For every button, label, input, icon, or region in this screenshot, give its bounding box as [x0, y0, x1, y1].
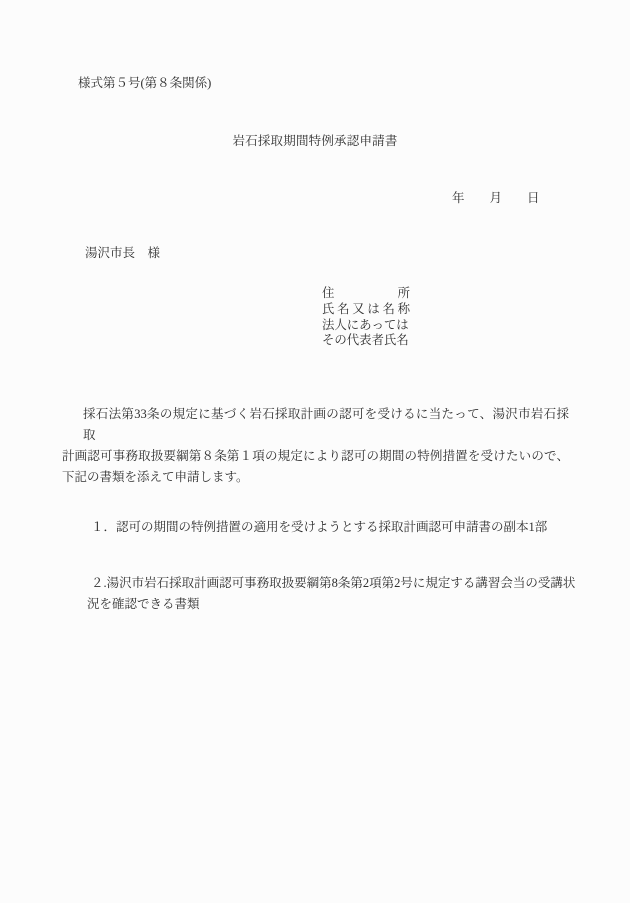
body-paragraph-line-3: 下記の書類を添えて申請します。 — [62, 467, 569, 488]
body-paragraph-line-1: 採石法第33条の規定に基づく岩石採取計画の認可を受けるに当たって、湯沢市岩石採取 — [62, 404, 569, 446]
attachment-item-2-line-1: ２.湯沢市岩石採取計画認可事務取扱要綱第8条第2項第2号に規定する講習会当の受講… — [91, 573, 575, 594]
attachment-item-1: １．認可の期間の特例措置の適用を受けようとする採取計画認可申請書の副本1部 — [91, 517, 547, 538]
corporation-note-line-1: 法人にあっては — [322, 318, 410, 334]
name-or-title-label-line: 氏名又は名称 — [322, 302, 410, 318]
body-paragraph: 採石法第33条の規定に基づく岩石採取計画の認可を受けるに当たって、湯沢市岩石採取… — [62, 404, 569, 488]
addressee-line: 湯沢市長 様 — [85, 243, 160, 264]
body-paragraph-line-2: 計画認可事務取扱要綱第８条第１項の規定により認可の期間の特例措置を受けたいので、 — [62, 446, 569, 467]
attachment-item-2-line-2: 況を確認できる書類 — [87, 594, 200, 615]
document-title: 岩石採取期間特例承認申請書 — [0, 131, 630, 152]
document-page: 様式第５号(第８条関係) 岩石採取期間特例承認申請書 年 月 日 湯沢市長 様 … — [0, 0, 630, 903]
applicant-label-block: 住 所 氏名又は名称 法人にあっては その代表者氏名 — [322, 286, 410, 349]
date-line: 年 月 日 — [452, 188, 540, 209]
address-label-left: 住 — [322, 286, 334, 302]
address-label-right: 所 — [398, 286, 410, 302]
address-label-line: 住 所 — [322, 286, 410, 302]
form-number: 様式第５号(第８条関係) — [78, 73, 211, 94]
corporation-note-line-2: その代表者氏名 — [322, 333, 410, 349]
